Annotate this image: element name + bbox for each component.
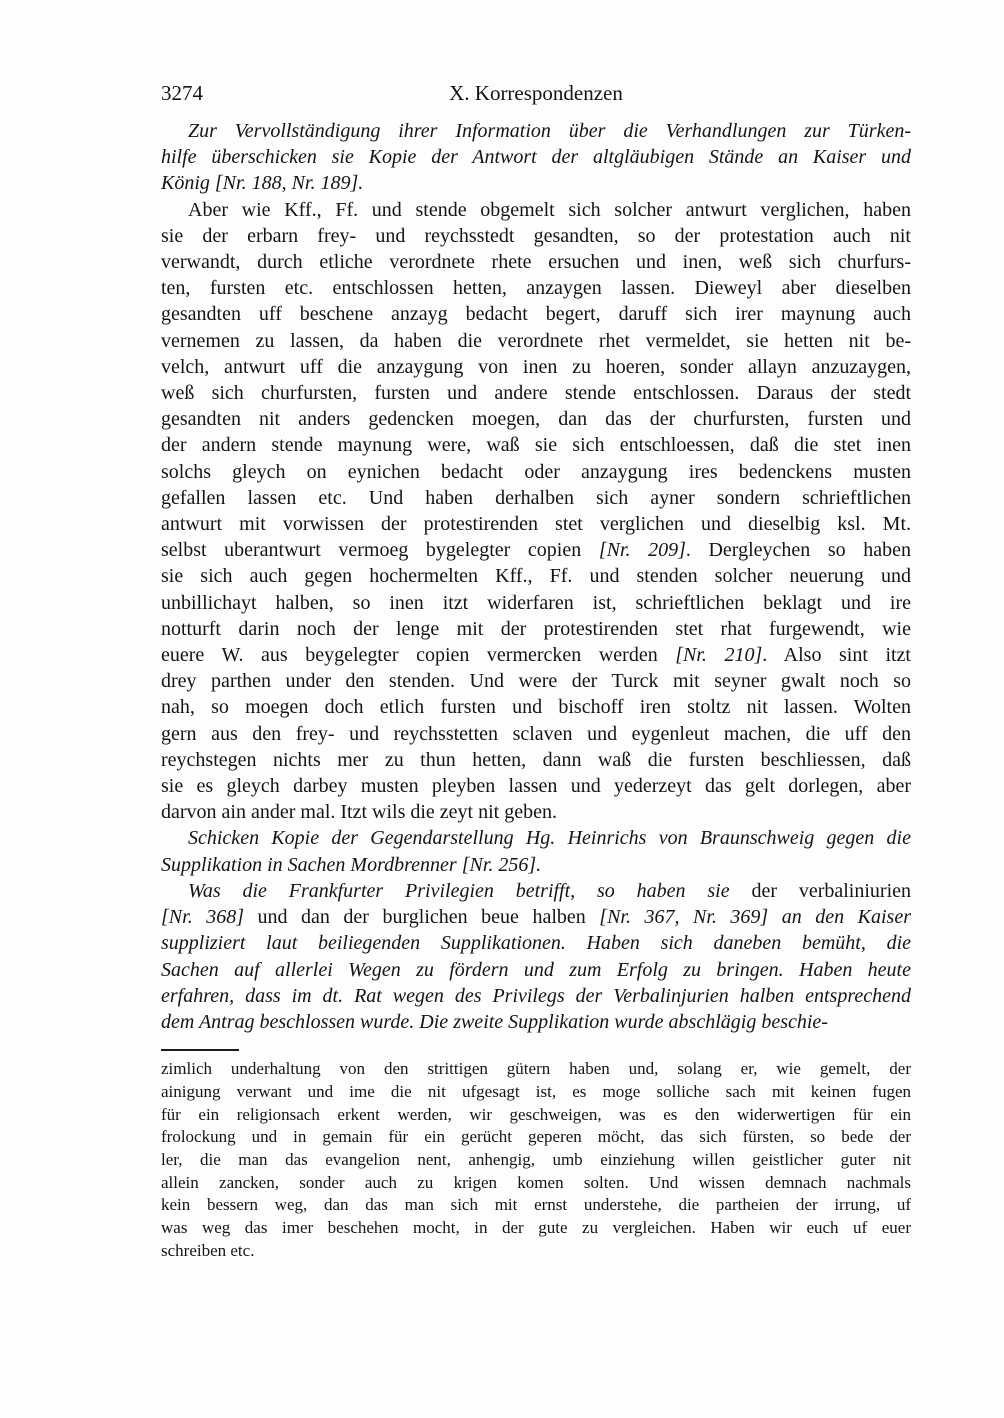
text-line: gesandten uff beschene anzayg bedacht be… [161,301,911,327]
text-line: dem Antrag beschlossen wurde. Die zweite… [161,1009,911,1035]
roman-text: der verbaliniurien [751,880,911,902]
roman-text: solchs gleych on eynichen bedacht oder a… [161,461,911,483]
text-line: Sachen auf allerlei Wegen zu fördern und… [161,957,911,983]
roman-text: euere W. aus beygelegter copien vermerck… [161,644,675,666]
text-line: für ein religionsach erkent werden, wir … [161,1104,911,1127]
text-line: solchs gleych on eynichen bedacht oder a… [161,459,911,485]
roman-text: . Also sint itzt [762,644,911,666]
roman-text: weß sich churfursten, fursten und andere… [161,382,911,404]
italic-text: dem Antrag beschlossen wurde. Die zweite… [161,1011,828,1033]
footnote-text: zimlich underhaltung von den strittigen … [161,1058,911,1262]
text-line: verwandt, durch etliche verordnete rhete… [161,249,911,275]
text-line: Was die Frankfurter Privilegien betrifft… [161,878,911,904]
roman-text: der andern stende maynung were, waß sie … [161,434,911,456]
body-text: Zur Vervollständigung ihrer Information … [161,118,911,1035]
text-line: der andern stende maynung were, waß sie … [161,432,911,458]
italic-text: Schicken Kopie der Gegendarstellung Hg. … [188,827,911,849]
roman-text: notturft darin noch der lenge mit der pr… [161,618,911,640]
roman-text: reychstegen nichts mer zu thun hetten, d… [161,749,911,771]
text-line: reychstegen nichts mer zu thun hetten, d… [161,747,911,773]
text-line: hilfe überschicken sie Kopie der Antwort… [161,144,911,170]
text-line: Zur Vervollständigung ihrer Information … [161,118,911,144]
running-header: 3274 X. Korrespondenzen [161,80,911,107]
roman-text: unbillichayt halben, so inen itzt widerf… [161,592,911,614]
footnote-rule [161,1049,239,1051]
roman-text: velch, antwurt uff die anzaygung von ine… [161,356,911,378]
text-line: notturft darin noch der lenge mit der pr… [161,616,911,642]
roman-text: frolockung und in gemain für ein gerücht… [161,1127,911,1146]
roman-text: gefallen lassen etc. Und haben derhalben… [161,487,911,509]
text-line: weß sich churfursten, fursten und andere… [161,380,911,406]
text-line: schreiben etc. [161,1240,911,1263]
text-line: antwurt mit vorwissen der protestirenden… [161,511,911,537]
roman-text: schreiben etc. [161,1241,254,1260]
roman-text: und dan der burglichen beue halben [244,906,599,928]
roman-text: Aber wie Kff., Ff. und stende obgemelt s… [188,199,911,221]
text-line: kein bessern weg, dan das man sich mit e… [161,1194,911,1217]
text-line: sie sich auch gegen hochermelten Kff., F… [161,563,911,589]
text-line: ler, die man das evangelion nent, anheng… [161,1149,911,1172]
paragraph: Aber wie Kff., Ff. und stende obgemelt s… [161,197,911,826]
text-line: Supplikation in Sachen Mordbrenner [Nr. … [161,852,911,878]
roman-text: ler, die man das evangelion nent, anheng… [161,1150,911,1169]
roman-text: darvon ain ander mal. Itzt wils die zeyt… [161,801,557,823]
text-line: drey parthen under den stenden. Und were… [161,668,911,694]
text-line: suppliziert laut beiliegenden Supplikati… [161,930,911,956]
text-line: gern aus den frey- und reychsstetten scl… [161,721,911,747]
text-line: nah, so moegen doch etlich fursten und b… [161,694,911,720]
italic-text: hilfe überschicken sie Kopie der Antwort… [161,146,911,168]
italic-text: Zur Vervollständigung ihrer Information … [188,120,911,142]
italic-text: Sachen auf allerlei Wegen zu fördern und… [161,959,911,981]
italic-text: König [Nr. 188, Nr. 189]. [161,172,363,194]
roman-text: was weg das imer beschehen mocht, in der… [161,1218,911,1237]
text-line: zimlich underhaltung von den strittigen … [161,1058,911,1081]
text-line: allein zancken, sonder auch zu krigen ko… [161,1172,911,1195]
roman-text: . Dergleychen so haben [686,539,911,561]
roman-text: drey parthen under den stenden. Und were… [161,670,911,692]
text-line: darvon ain ander mal. Itzt wils die zeyt… [161,799,911,825]
italic-text: erfahren, dass im dt. Rat wegen des Priv… [161,985,911,1007]
roman-text: ainigung verwant und ime die nit ufgesag… [161,1082,911,1101]
text-line: [Nr. 368] und dan der burglichen beue ha… [161,904,911,930]
italic-text: [Nr. 210] [675,644,762,666]
text-line: Schicken Kopie der Gegendarstellung Hg. … [161,825,911,851]
text-block: 3274 X. Korrespondenzen Zur Vervollständ… [161,80,911,1262]
footnote: zimlich underhaltung von den strittigen … [161,1049,911,1262]
roman-text: nah, so moegen doch etlich fursten und b… [161,696,911,718]
text-line: frolockung und in gemain für ein gerücht… [161,1126,911,1149]
text-line: gesandten nit anders gedencken moegen, d… [161,406,911,432]
roman-text: vernemen zu lassen, da haben die verordn… [161,330,911,352]
paragraph: Zur Vervollständigung ihrer Information … [161,118,911,197]
roman-text: antwurt mit vorwissen der protestirenden… [161,513,911,535]
text-line: ainigung verwant und ime die nit ufgesag… [161,1081,911,1104]
book-page: 3274 X. Korrespondenzen Zur Vervollständ… [0,0,1004,1418]
text-line: euere W. aus beygelegter copien vermerck… [161,642,911,668]
roman-text: zimlich underhaltung von den strittigen … [161,1059,911,1078]
text-line: König [Nr. 188, Nr. 189]. [161,170,911,196]
italic-text: Was die Frankfurter Privilegien betrifft… [188,880,751,902]
text-line: sie es gleych darbey musten pleyben lass… [161,773,911,799]
italic-text: suppliziert laut beiliegenden Supplikati… [161,932,911,954]
text-line: sie der erbarn frey- und reychsstedt ges… [161,223,911,249]
roman-text: für ein religionsach erkent werden, wir … [161,1105,911,1124]
roman-text: gesandten uff beschene anzayg bedacht be… [161,303,911,325]
text-line: was weg das imer beschehen mocht, in der… [161,1217,911,1240]
text-line: ten, fursten etc. entschlossen hetten, a… [161,275,911,301]
roman-text: kein bessern weg, dan das man sich mit e… [161,1195,911,1214]
text-line: Aber wie Kff., Ff. und stende obgemelt s… [161,197,911,223]
roman-text: sie der erbarn frey- und reychsstedt ges… [161,225,911,247]
roman-text: selbst uberantwurt vermoeg bygelegter co… [161,539,599,561]
running-head-title: X. Korrespondenzen [161,80,911,107]
roman-text: sie sich auch gegen hochermelten Kff., F… [161,565,911,587]
italic-text: [Nr. 368] [161,906,244,928]
roman-text: gesandten nit anders gedencken moegen, d… [161,408,911,430]
text-line: velch, antwurt uff die anzaygung von ine… [161,354,911,380]
paragraph: Was die Frankfurter Privilegien betrifft… [161,878,911,1035]
roman-text: sie es gleych darbey musten pleyben lass… [161,775,911,797]
text-line: vernemen zu lassen, da haben die verordn… [161,328,911,354]
text-line: unbillichayt halben, so inen itzt widerf… [161,590,911,616]
italic-text: Supplikation in Sachen Mordbrenner [Nr. … [161,854,541,876]
roman-text: verwandt, durch etliche verordnete rhete… [161,251,911,273]
text-line: erfahren, dass im dt. Rat wegen des Priv… [161,983,911,1009]
text-line: gefallen lassen etc. Und haben derhalben… [161,485,911,511]
roman-text: ten, fursten etc. entschlossen hetten, a… [161,277,911,299]
italic-text: [Nr. 209] [599,539,686,561]
italic-text: [Nr. 367, Nr. 369] an den Kaiser [599,906,911,928]
roman-text: allein zancken, sonder auch zu krigen ko… [161,1173,911,1192]
text-line: selbst uberantwurt vermoeg bygelegter co… [161,537,911,563]
roman-text: gern aus den frey- und reychsstetten scl… [161,723,911,745]
paragraph: Schicken Kopie der Gegendarstellung Hg. … [161,825,911,877]
